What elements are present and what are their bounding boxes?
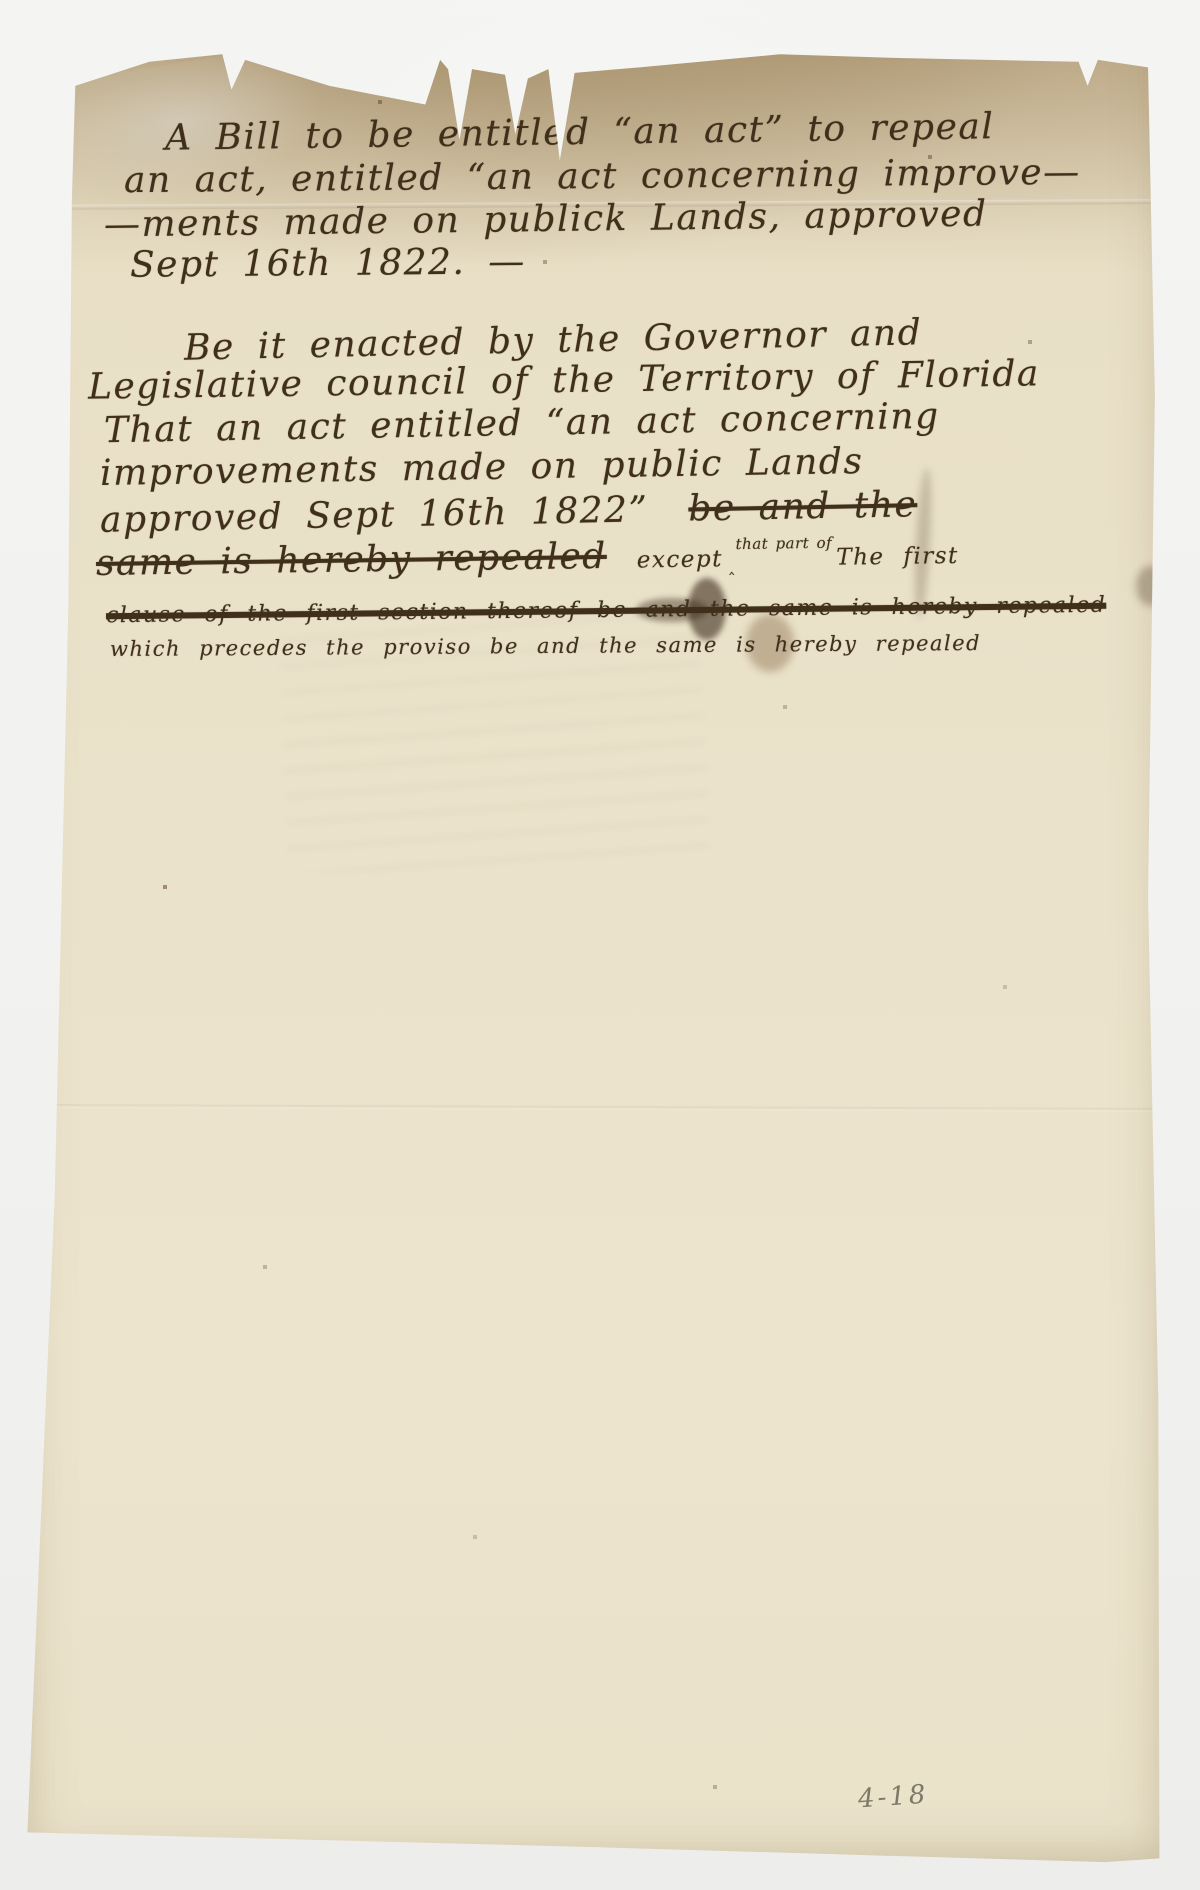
handwritten-text: which precedes the proviso be and the sa… [110,631,981,661]
handwritten-text: —ments made on publick Lands, approved [104,194,988,246]
inserted-text: that part of [735,534,832,553]
handwritten-text: approved Sept 16th 1822” [100,489,649,541]
manuscript-text: A Bill to be entitled “an act” to repeal… [24,6,1164,1864]
handwritten-text: The first [836,543,959,571]
manuscript-line: which precedes the proviso be and the sa… [110,631,981,661]
struck-text: be and the [688,484,918,529]
document-page: A Bill to be entitled “an act” to repeal… [24,6,1164,1864]
manuscript-line: A Bill to be entitled “an act” to repeal [165,106,995,159]
archival-page-number: 4-18 [857,1780,929,1815]
handwritten-text: Sept 16th 1822. — [130,241,526,285]
manuscript-line: same is hereby repealedexcept‸that part … [96,531,959,584]
struck-text: clause of the first section thereof be a… [106,593,1106,628]
manuscript-line: clause of the first section thereof be a… [106,593,1106,628]
handwritten-text: ‸ [729,556,736,575]
manuscript-line: —ments made on publick Lands, approved [104,194,988,246]
handwritten-text: A Bill to be entitled “an act” to repeal [165,106,995,159]
struck-text: same is hereby repealed [96,536,607,584]
handwritten-text: except [637,546,723,573]
manuscript-line: Sept 16th 1822. — [130,241,526,285]
